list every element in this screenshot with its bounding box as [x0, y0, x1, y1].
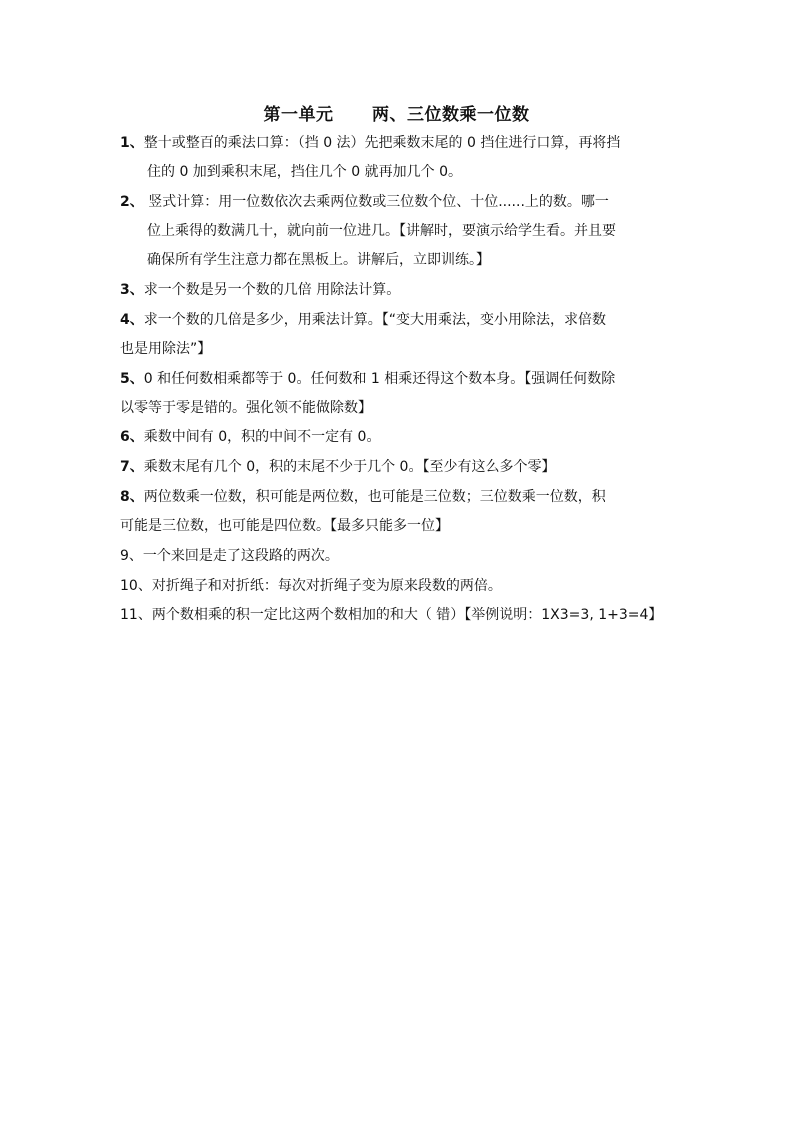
list-item-2-cont: 位上乘得的数满几十，就向前一位进几。【讲解时，要演示给学生看。并且要 — [147, 222, 707, 240]
item-text: 求一个数的几倍是多少，用乘法计算。【“变大用乘法，变小用除法，求倍数 — [144, 312, 606, 328]
list-item-3: 3、求一个数是另一个数的几倍 用除法计算。 — [120, 281, 680, 299]
item-number: 5、 — [120, 371, 144, 387]
list-item-7: 7、乘数末尾有几个 0，积的末尾不少于几个 0。【至少有这么多个零】 — [120, 458, 680, 476]
item-number: 11、 — [120, 607, 152, 623]
list-item-8-cont: 可能是三位数，也可能是四位数。【最多只能多一位】 — [120, 517, 680, 535]
list-item-4-cont: 也是用除法”】 — [120, 340, 680, 358]
item-number: 7、 — [120, 459, 144, 475]
item-text: 乘数中间有 0，积的中间不一定有 0。 — [144, 429, 381, 445]
list-item-1-cont: 住的 0 加到乘积末尾，挡住几个 0 就再加几个 0。 — [147, 163, 707, 181]
item-number: 9、 — [120, 548, 143, 564]
page-title: 第一单元 两、三位数乘一位数 — [0, 100, 793, 125]
item-text: 对折绳子和对折纸：每次对折绳子变为原来段数的两倍。 — [152, 578, 502, 594]
list-item-2-cont: 确保所有学生注意力都在黑板上。讲解后，立即训练。】 — [147, 251, 707, 269]
item-number: 2、 — [120, 194, 144, 210]
item-number: 6、 — [120, 429, 144, 445]
document-page: 第一单元 两、三位数乘一位数 1、整十或整百的乘法口算：（挡 0 法）先把乘数末… — [0, 0, 793, 1122]
list-item-1: 1、整十或整百的乘法口算：（挡 0 法）先把乘数末尾的 0 挡住进行口算，再将挡 — [120, 134, 680, 152]
item-number: 4、 — [120, 312, 144, 328]
item-number: 10、 — [120, 578, 152, 594]
item-text: 乘数末尾有几个 0，积的末尾不少于几个 0。【至少有这么多个零】 — [144, 459, 556, 475]
item-number: 3、 — [120, 282, 144, 298]
list-item-5-cont: 以零等于零是错的。强化领不能做除数】 — [120, 399, 680, 417]
item-text: 求一个数是另一个数的几倍 用除法计算。 — [144, 282, 400, 298]
item-text: 两位数乘一位数，积可能是两位数，也可能是三位数；三位数乘一位数，积 — [144, 489, 606, 505]
list-item-11: 11、两个数相乘的积一定比这两个数相加的和大（ 错）【举例说明：1X3=3, 1… — [120, 606, 680, 624]
list-item-8: 8、两位数乘一位数，积可能是两位数，也可能是三位数；三位数乘一位数，积 — [120, 488, 680, 506]
item-number: 1、 — [120, 135, 144, 151]
list-item-10: 10、对折绳子和对折纸：每次对折绳子变为原来段数的两倍。 — [120, 577, 680, 595]
list-item-2: 2、 竖式计算：用一位数依次去乘两位数或三位数个位、十位......上的数。哪一 — [120, 193, 680, 211]
list-item-4: 4、求一个数的几倍是多少，用乘法计算。【“变大用乘法，变小用除法，求倍数 — [120, 311, 680, 329]
item-text: 0 和任何数相乘都等于 0。任何数和 1 相乘还得这个数本身。【强调任何数除 — [144, 371, 616, 387]
item-text: 一个来回是走了这段路的两次。 — [143, 548, 339, 564]
list-item-5: 5、0 和任何数相乘都等于 0。任何数和 1 相乘还得这个数本身。【强调任何数除 — [120, 370, 680, 388]
item-text: 整十或整百的乘法口算：（挡 0 法）先把乘数末尾的 0 挡住进行口算，再将挡 — [144, 135, 621, 151]
item-text: 竖式计算：用一位数依次去乘两位数或三位数个位、十位......上的数。哪一 — [144, 194, 609, 210]
item-number: 8、 — [120, 489, 144, 505]
list-item-6: 6、乘数中间有 0，积的中间不一定有 0。 — [120, 428, 680, 446]
item-text: 两个数相乘的积一定比这两个数相加的和大（ 错）【举例说明：1X3=3, 1+3=… — [152, 607, 663, 623]
list-item-9: 9、一个来回是走了这段路的两次。 — [120, 547, 680, 565]
